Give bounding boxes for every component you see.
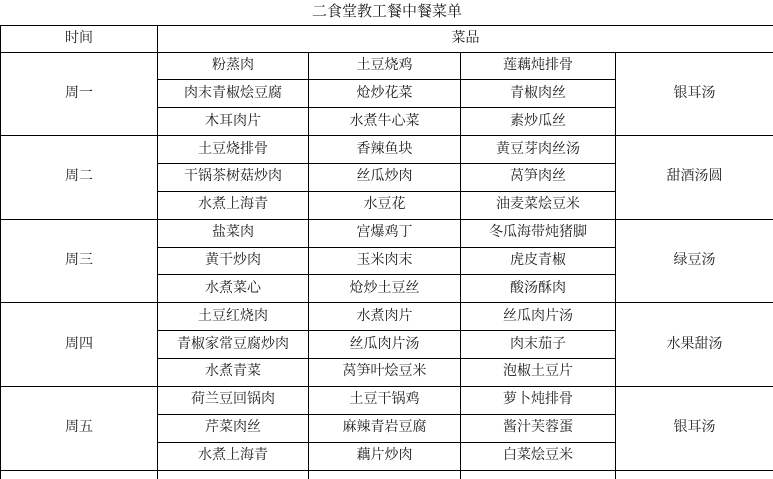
dish-cell: 肉末茄子 xyxy=(461,331,616,359)
header-row: 时间 菜品 xyxy=(1,25,773,52)
dish-cell: 莲藕炖排骨 xyxy=(461,52,616,80)
dish-cell: 酸汤酥肉 xyxy=(461,275,616,303)
dish-cell: 荷兰豆回锅肉 xyxy=(158,386,309,414)
dish-cell: 土豆干锅鸡 xyxy=(309,386,461,414)
dish-cell: 水煮牛心菜 xyxy=(309,108,461,136)
title-row: 二食堂教工餐中餐菜单 xyxy=(1,0,773,25)
dish-cell: 水煮上海青 xyxy=(158,442,309,470)
dish-cell: 水煮菜心 xyxy=(158,275,309,303)
dish-cell: 虎皮青椒 xyxy=(461,247,616,275)
dish-cell: 白菜烩豆米 xyxy=(461,442,616,470)
dish-cell: 水煮上海青 xyxy=(158,191,309,219)
dish-cell: 木耳肉片 xyxy=(158,108,309,136)
dish-cell: 黄豆芽肉丝汤 xyxy=(461,136,616,164)
dish-cell: 藕片炒肉 xyxy=(309,442,461,470)
dish-cell: 水煮肉片 xyxy=(309,303,461,331)
dish-cell: 黄干炒肉 xyxy=(158,247,309,275)
dish-cell: 丝瓜炒肉 xyxy=(309,163,461,191)
table-row: 周一 粉蒸肉 土豆烧鸡 莲藕炖排骨 银耳汤 xyxy=(1,52,773,80)
page-title: 二食堂教工餐中餐菜单 xyxy=(1,0,773,25)
dish-cell: 酱汁芙蓉蛋 xyxy=(461,414,616,442)
day-label-wednesday: 周三 xyxy=(1,219,158,303)
day-label-tuesday: 周二 xyxy=(1,136,158,220)
day-label-thursday: 周四 xyxy=(1,303,158,387)
dish-cell: 玉米肉末 xyxy=(309,247,461,275)
dish-cell: 莴笋叶烩豆米 xyxy=(309,358,461,386)
lunch-menu-table: 二食堂教工餐中餐菜单 时间 菜品 周一 粉蒸肉 土豆烧鸡 莲藕炖排骨 银耳汤 肉… xyxy=(0,0,773,479)
soup-cell-friday: 银耳汤 xyxy=(616,386,773,470)
dish-cell: 炝炒花菜 xyxy=(309,80,461,108)
cutoff-cell xyxy=(616,470,773,479)
dish-cell: 麻辣青岩豆腐 xyxy=(309,414,461,442)
dish-cell: 干锅茶树菇炒肉 xyxy=(158,163,309,191)
dish-cell: 青椒肉丝 xyxy=(461,80,616,108)
dish-cell: 炝炒土豆丝 xyxy=(309,275,461,303)
soup-cell-monday: 银耳汤 xyxy=(616,52,773,136)
dish-cell: 丝瓜肉片汤 xyxy=(309,331,461,359)
table-row: 周三 盐菜肉 宫爆鸡丁 冬瓜海带炖猪脚 绿豆汤 xyxy=(1,219,773,247)
column-header-time: 时间 xyxy=(1,25,158,52)
dish-cell: 素炒瓜丝 xyxy=(461,108,616,136)
dish-cell: 冬瓜海带炖猪脚 xyxy=(461,219,616,247)
menu-page: 二食堂教工餐中餐菜单 时间 菜品 周一 粉蒸肉 土豆烧鸡 莲藕炖排骨 银耳汤 肉… xyxy=(0,0,773,479)
dish-cell: 萝卜炖排骨 xyxy=(461,386,616,414)
cutoff-cell xyxy=(158,470,309,479)
dish-cell: 香辣鱼块 xyxy=(309,136,461,164)
cutoff-cell xyxy=(309,470,461,479)
dish-cell: 油麦菜烩豆米 xyxy=(461,191,616,219)
dish-cell: 水煮青菜 xyxy=(158,358,309,386)
dish-cell: 土豆烧鸡 xyxy=(309,52,461,80)
dish-cell: 肉末青椒烩豆腐 xyxy=(158,80,309,108)
dish-cell: 盐菜肉 xyxy=(158,219,309,247)
dish-cell: 水豆花 xyxy=(309,191,461,219)
dish-cell: 莴笋肉丝 xyxy=(461,163,616,191)
dish-cell: 青椒家常豆腐炒肉 xyxy=(158,331,309,359)
dish-cell: 粉蒸肉 xyxy=(158,52,309,80)
dish-cell: 丝瓜肉片汤 xyxy=(461,303,616,331)
cutoff-cell xyxy=(461,470,616,479)
table-row: 周二 土豆烧排骨 香辣鱼块 黄豆芽肉丝汤 甜酒汤圆 xyxy=(1,136,773,164)
day-label-monday: 周一 xyxy=(1,52,158,136)
dish-cell: 土豆红烧肉 xyxy=(158,303,309,331)
cutoff-cell xyxy=(1,470,158,479)
day-label-friday: 周五 xyxy=(1,386,158,470)
table-row: 周四 土豆红烧肉 水煮肉片 丝瓜肉片汤 水果甜汤 xyxy=(1,303,773,331)
cutoff-partial-row xyxy=(1,470,773,479)
dish-cell: 泡椒土豆片 xyxy=(461,358,616,386)
dish-cell: 芹菜肉丝 xyxy=(158,414,309,442)
soup-cell-tuesday: 甜酒汤圆 xyxy=(616,136,773,220)
table-row: 周五 荷兰豆回锅肉 土豆干锅鸡 萝卜炖排骨 银耳汤 xyxy=(1,386,773,414)
column-header-dishes: 菜品 xyxy=(158,25,773,52)
dish-cell: 土豆烧排骨 xyxy=(158,136,309,164)
soup-cell-wednesday: 绿豆汤 xyxy=(616,219,773,303)
soup-cell-thursday: 水果甜汤 xyxy=(616,303,773,387)
dish-cell: 宫爆鸡丁 xyxy=(309,219,461,247)
